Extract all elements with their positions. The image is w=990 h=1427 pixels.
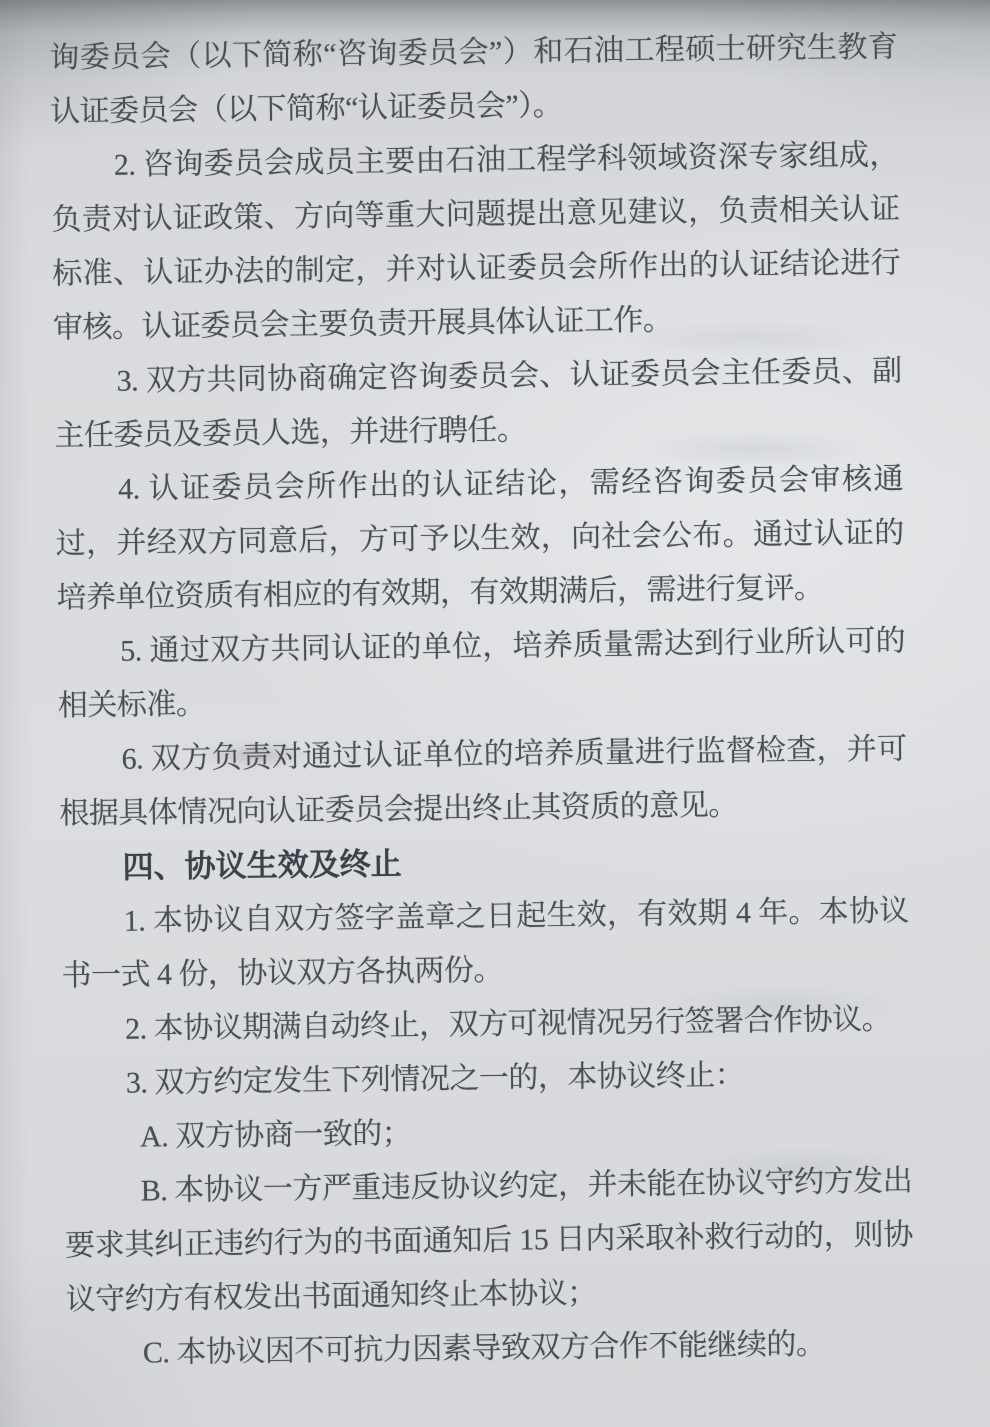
clause-termination-2: 2. 本协议期满自动终止，双方可视情况另行签署合作协议。 [62, 992, 911, 1057]
clause-committees-2: 2. 咨询委员会成员主要由石油工程学科领域资深专家组成，负责对认证政策、方向等重… [50, 128, 901, 355]
clause-committees-4: 4. 认证委员会所作出的认证结论，需经咨询委员会审核通过，并经双方同意后，方可予… [55, 452, 905, 625]
document-text-block: 询委员会（以下简称“咨询委员会”）和石油工程硕士研究生教育认证委员会（以下简称“… [49, 21, 915, 1382]
scanned-document-page: 询委员会（以下简称“咨询委员会”）和石油工程硕士研究生教育认证委员会（以下简称“… [0, 0, 990, 1427]
clause-termination-1: 1. 本协议自双方签字盖章之日起生效，有效期 4 年。本协议书一式 4 份，协议… [60, 884, 909, 1003]
clause-termination-option-c: C. 本协议因不可抗力因素导致双方合作不能继续的。 [66, 1316, 915, 1381]
clause-committees-5: 5. 通过双方共同认证的单位，培养质量需达到行业所认可的相关标准。 [57, 614, 906, 733]
clause-committees-3: 3. 双方共同协商确定咨询委员会、认证委员会主任委员、副主任委员及委员人选，并进… [53, 344, 902, 463]
clause-termination-option-b: B. 本协议一方严重违反协议约定，并未能在协议守约方发出要求其纠正违约行为的书面… [64, 1154, 914, 1327]
clause-committees-6: 6. 双方负责对通过认证单位的培养质量进行监督检查，并可根据具体情况向认证委员会… [58, 722, 907, 841]
paragraph-intro-continuation: 询委员会（以下简称“咨询委员会”）和石油工程硕士研究生教育认证委员会（以下简称“… [49, 21, 898, 140]
